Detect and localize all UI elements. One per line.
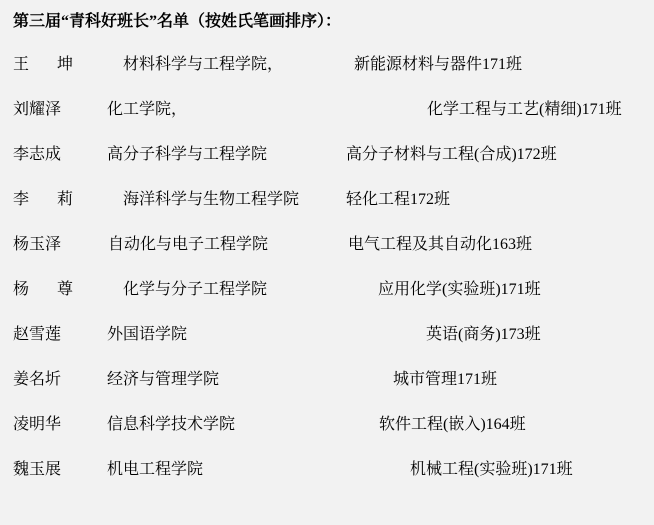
class-name: 化学工程与工艺(精细)171班 <box>427 100 622 120</box>
class-name: 轻化工程172班 <box>346 190 450 210</box>
college-name: 经济与管理学院 <box>107 370 219 390</box>
college-name: 外国语学院 <box>107 325 187 345</box>
list-row: 王 坤 材料科学与工程学院， 新能源材料与器件171班 <box>0 55 654 77</box>
list-row: 李 莉 海洋科学与生物工程学院 轻化工程172班 <box>0 190 654 212</box>
page-title: 第三届“青科好班长”名单（按姓氏笔画排序）： <box>13 11 341 33</box>
list-row: 姜名圻 经济与管理学院 城市管理171班 <box>0 370 654 392</box>
list-row: 凌明华 信息科学技术学院 软件工程(嵌入)164班 <box>0 415 654 437</box>
college-name: 材料科学与工程学院， <box>123 55 283 75</box>
student-name: 凌明华 <box>13 415 61 435</box>
list-row: 李志成 高分子科学与工程学院 高分子材料与工程(合成)172班 <box>0 145 654 167</box>
college-name: 自动化与电子工程学院 <box>108 235 268 255</box>
college-name: 机电工程学院 <box>107 460 203 480</box>
student-name: 李志成 <box>13 145 61 165</box>
class-name: 应用化学(实验班)171班 <box>378 280 541 300</box>
class-name: 城市管理171班 <box>393 370 497 390</box>
college-name: 海洋科学与生物工程学院 <box>123 190 299 210</box>
student-name: 赵雪莲 <box>13 325 61 345</box>
class-name: 机械工程(实验班)171班 <box>410 460 573 480</box>
list-row: 杨玉泽 自动化与电子工程学院 电气工程及其自动化163班 <box>0 235 654 257</box>
student-name: 刘耀泽 <box>13 100 61 120</box>
class-name: 软件工程(嵌入)164班 <box>379 415 526 435</box>
list-row: 刘耀泽 化工学院， 化学工程与工艺(精细)171班 <box>0 100 654 122</box>
college-name: 信息科学技术学院 <box>107 415 235 435</box>
college-name: 化工学院， <box>107 100 187 120</box>
college-name: 化学与分子工程学院 <box>123 280 267 300</box>
student-name: 姜名圻 <box>13 370 61 390</box>
class-name: 高分子材料与工程(合成)172班 <box>346 145 557 165</box>
list-row: 杨 尊 化学与分子工程学院 应用化学(实验班)171班 <box>0 280 654 302</box>
document-page: 第三届“青科好班长”名单（按姓氏笔画排序）： 王 坤 材料科学与工程学院， 新能… <box>0 0 654 525</box>
student-name: 王 坤 <box>13 55 79 75</box>
student-name: 李 莉 <box>13 190 79 210</box>
list-row: 魏玉展 机电工程学院 机械工程(实验班)171班 <box>0 460 654 482</box>
class-name: 新能源材料与器件171班 <box>354 55 522 75</box>
student-name: 魏玉展 <box>13 460 61 480</box>
class-name: 英语(商务)173班 <box>426 325 541 345</box>
student-name: 杨 尊 <box>13 280 79 300</box>
list-row: 赵雪莲 外国语学院 英语(商务)173班 <box>0 325 654 347</box>
college-name: 高分子科学与工程学院 <box>107 145 267 165</box>
class-name: 电气工程及其自动化163班 <box>348 235 532 255</box>
student-name: 杨玉泽 <box>13 235 61 255</box>
